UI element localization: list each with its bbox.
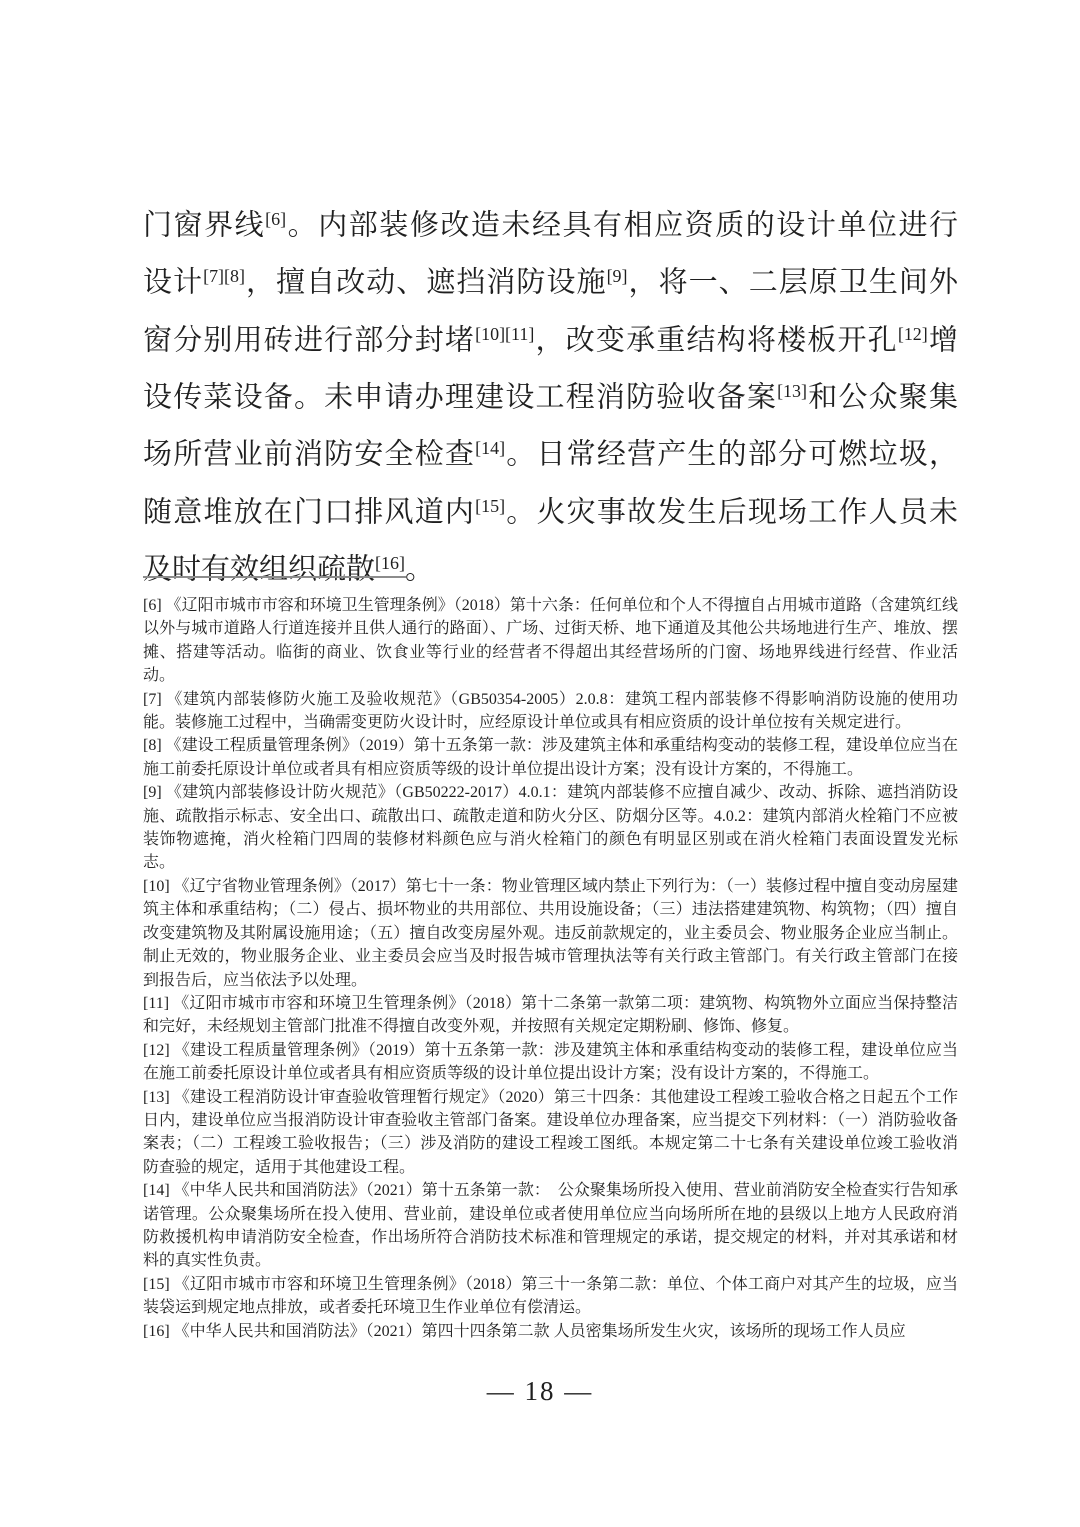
footnote-text: 《建筑内部装修防火施工及验收规范》（GB50354-2005）2.0.8：建筑工…: [143, 691, 958, 731]
footnote-marker: [12]: [143, 1042, 174, 1059]
footnote-item: [15] 《辽阳市城市市容和环境卫生管理条例》（2018）第三十一条第二款：单位…: [143, 1273, 958, 1320]
footnote-item: [7] 《建筑内部装修防火施工及验收规范》（GB50354-2005）2.0.8…: [143, 688, 958, 735]
footnote-ref: [16]: [375, 553, 405, 573]
footnote-text: 《建设工程质量管理条例》（2019）第十五条第一款：涉及建筑主体和承重结构变动的…: [143, 1042, 958, 1082]
body-line: 设传菜设备。未申请办理建设工程消防验收备案[13]和公众聚集: [143, 366, 958, 423]
footnote-marker: [8]: [143, 737, 166, 754]
body-text-run: 窗分别用砖进行部分封堵: [143, 324, 475, 356]
footnote-text: 《辽阳市城市市容和环境卫生管理条例》（2018）第十六条：任何单位和个人不得擅自…: [143, 597, 958, 684]
footnote-item: [12] 《建设工程质量管理条例》（2019）第十五条第一款：涉及建筑主体和承重…: [143, 1039, 958, 1086]
footnote-marker: [9]: [143, 784, 166, 801]
footnote-text: 《建设工程消防设计审查验收管理暂行规定》（2020）第三十四条：其他建设工程竣工…: [143, 1089, 958, 1176]
footnote-marker: [11]: [143, 995, 173, 1012]
footnote-text: 《辽宁省物业管理条例》（2017）第七十一条：物业管理区域内禁止下列行为：（一）…: [143, 878, 958, 989]
footnote-item: [11] 《辽阳市城市市容和环境卫生管理条例》（2018）第十二条第一款第二项：…: [143, 992, 958, 1039]
footnote-item: [6] 《辽阳市城市市容和环境卫生管理条例》（2018）第十六条：任何单位和个人…: [143, 594, 958, 688]
body-text-run: 。火灾事故发生后现场工作人员未: [505, 496, 958, 528]
body-line: 门窗界线[6]。内部装修改造未经具有相应资质的设计单位进行: [143, 194, 958, 251]
footnote-text: 《中华人民共和国消防法》（2021）第十五条第一款： 公众聚集场所投入使用、营业…: [143, 1182, 958, 1269]
footnote-ref: [6]: [265, 209, 286, 229]
footnote-marker: [6]: [143, 597, 166, 614]
body-text-run: 设计: [143, 267, 203, 299]
body-text-run: ，擅自改动、遮挡消防设施: [245, 267, 607, 299]
body-line: 设计[7][8]，擅自改动、遮挡消防设施[9]，将一、二层原卫生间外: [143, 251, 958, 308]
body-text-run: ，将一、二层原卫生间外: [628, 267, 958, 299]
body-text-run: 增: [928, 324, 958, 356]
page-number: — 18 —: [0, 1376, 1080, 1407]
document-page: 门窗界线[6]。内部装修改造未经具有相应资质的设计单位进行设计[7][8]，擅自…: [0, 0, 1080, 1527]
body-text-run: 随意堆放在门口排风道内: [143, 496, 475, 528]
body-text-run: 。: [405, 553, 434, 585]
footnote-item: [10] 《辽宁省物业管理条例》（2017）第七十一条：物业管理区域内禁止下列行…: [143, 875, 958, 992]
body-text-run: 。内部装修改造未经具有相应资质的设计单位进行: [286, 209, 958, 241]
footnote-ref: [12]: [898, 324, 928, 344]
footnote-ref: [7][8]: [203, 266, 245, 286]
footnote-text: 《建设工程质量管理条例》（2019）第十五条第一款：涉及建筑主体和承重结构变动的…: [143, 737, 958, 777]
body-line: 及时有效组织疏散[16]。: [143, 538, 958, 595]
footnote-text: 《辽阳市城市市容和环境卫生管理条例》（2018）第三十一条第二款：单位、个体工商…: [143, 1276, 958, 1316]
footnote-ref: [10][11]: [475, 324, 534, 344]
body-text-run: 及时有效组织疏散: [143, 553, 375, 585]
footnote-ref: [13]: [777, 381, 807, 401]
footnotes-section: [6] 《辽阳市城市市容和环境卫生管理条例》（2018）第十六条：任何单位和个人…: [143, 594, 958, 1343]
body-paragraph: 门窗界线[6]。内部装修改造未经具有相应资质的设计单位进行设计[7][8]，擅自…: [143, 194, 958, 595]
footnote-text: 《辽阳市城市市容和环境卫生管理条例》（2018）第十二条第一款第二项：建筑物、构…: [143, 995, 958, 1035]
footnote-marker: [7]: [143, 691, 166, 708]
body-line: 窗分别用砖进行部分封堵[10][11]，改变承重结构将楼板开孔[12]增: [143, 309, 958, 366]
footnote-ref: [14]: [475, 438, 505, 458]
footnote-text: 《建筑内部装修设计防火规范》（GB50222-2017）4.0.1：建筑内部装修…: [143, 784, 958, 871]
footnote-marker: [16]: [143, 1323, 174, 1340]
footnote-marker: [13]: [143, 1089, 174, 1106]
body-text-run: 。日常经营产生的部分可燃垃圾，: [505, 439, 958, 471]
footnote-item: [8] 《建设工程质量管理条例》（2019）第十五条第一款：涉及建筑主体和承重结…: [143, 734, 958, 781]
body-text-run: ，改变承重结构将楼板开孔: [534, 324, 898, 356]
body-line: 随意堆放在门口排风道内[15]。火灾事故发生后现场工作人员未: [143, 481, 958, 538]
footnote-marker: [15]: [143, 1276, 174, 1293]
footnote-marker: [10]: [143, 878, 174, 895]
footnote-text: 《中华人民共和国消防法》（2021）第四十四条第二款 人员密集场所发生火灾，该场…: [174, 1323, 906, 1340]
footnote-ref: [15]: [475, 496, 505, 516]
body-text-run: 和公众聚集: [807, 381, 958, 413]
footnote-item: [14] 《中华人民共和国消防法》（2021）第十五条第一款： 公众聚集场所投入…: [143, 1179, 958, 1273]
body-text-run: 门窗界线: [143, 209, 265, 241]
footnote-marker: [14]: [143, 1182, 174, 1199]
body-line: 场所营业前消防安全检查[14]。日常经营产生的部分可燃垃圾，: [143, 423, 958, 480]
footnote-divider: [143, 576, 406, 578]
footnote-item: [13] 《建设工程消防设计审查验收管理暂行规定》（2020）第三十四条：其他建…: [143, 1086, 958, 1180]
body-text-run: 设传菜设备。未申请办理建设工程消防验收备案: [143, 381, 777, 413]
footnote-item: [16] 《中华人民共和国消防法》（2021）第四十四条第二款 人员密集场所发生…: [143, 1320, 958, 1343]
footnote-item: [9] 《建筑内部装修设计防火规范》（GB50222-2017）4.0.1：建筑…: [143, 781, 958, 875]
footnote-ref: [9]: [607, 266, 628, 286]
body-text-run: 场所营业前消防安全检查: [143, 439, 475, 471]
